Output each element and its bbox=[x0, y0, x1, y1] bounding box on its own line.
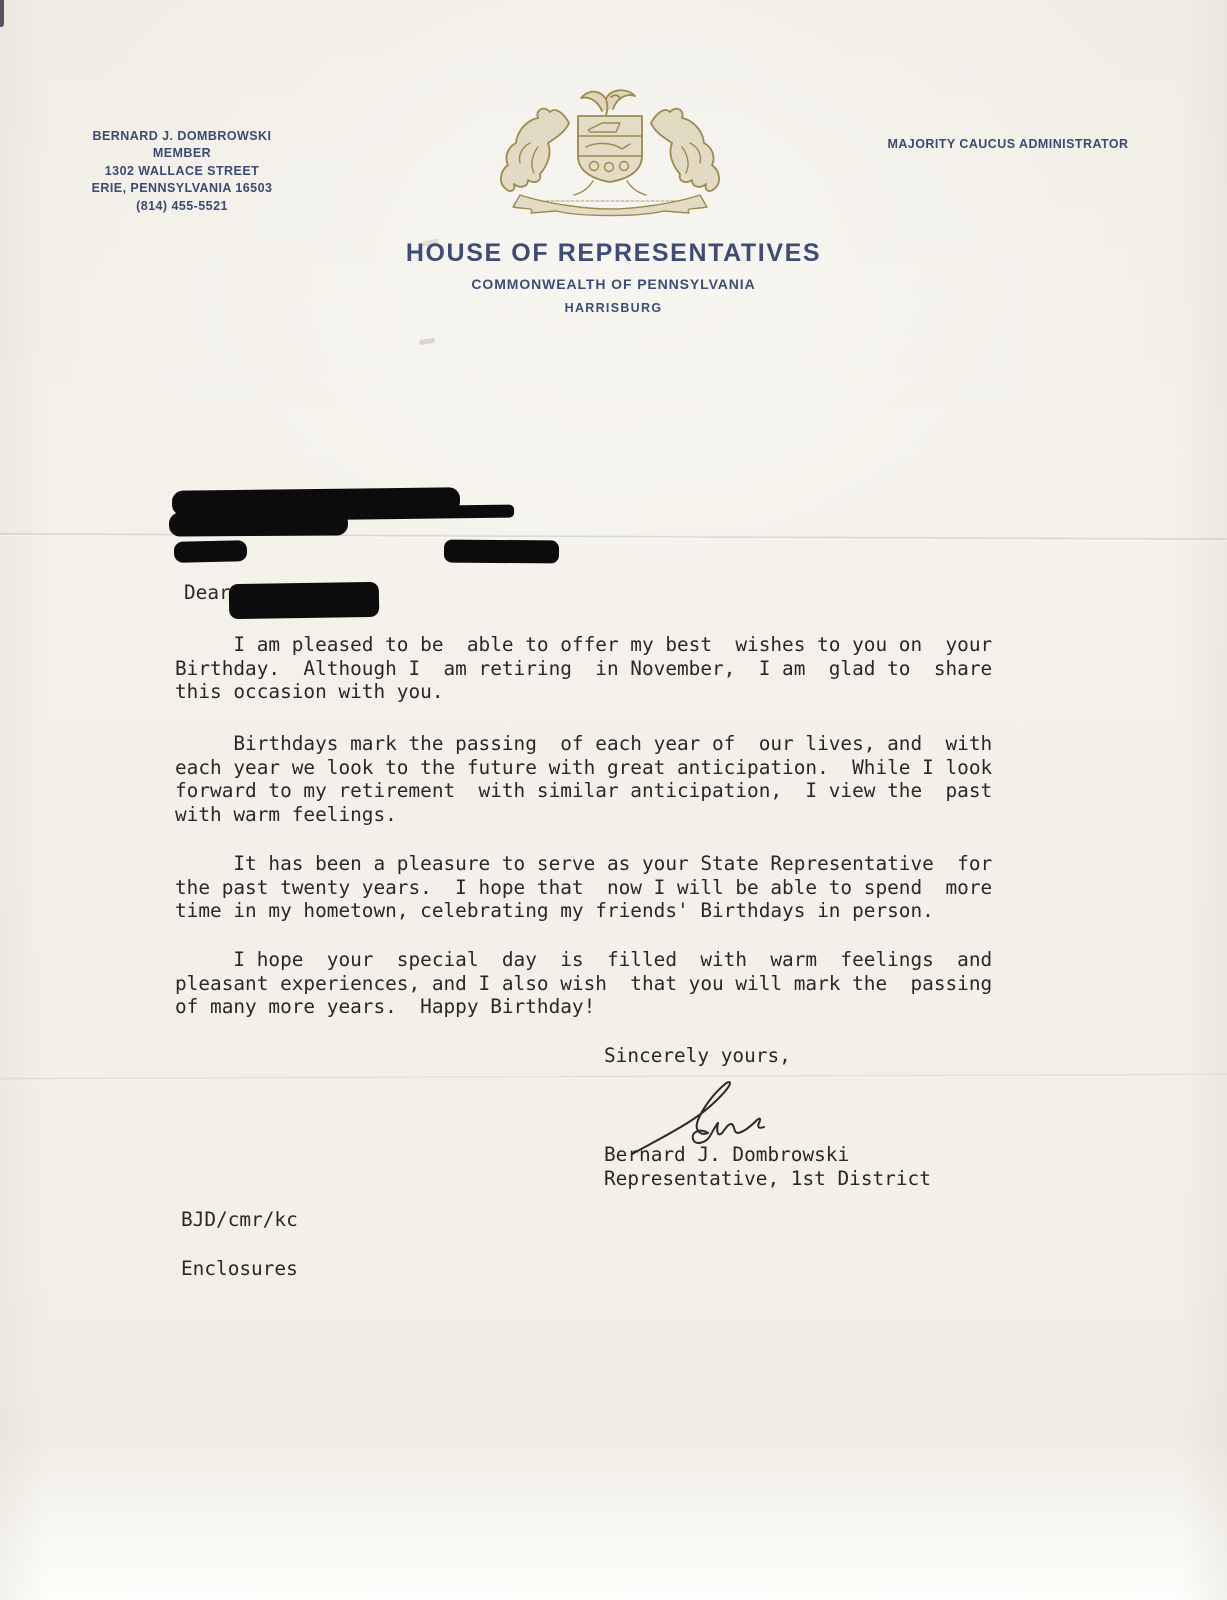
commonwealth-subtitle: COMMONWEALTH OF PENNSYLVANIA bbox=[0, 276, 1227, 292]
signer-name-block: Bernard J. Dombrowski Representative, 1s… bbox=[604, 1143, 931, 1190]
organization-title: HOUSE OF REPRESENTATIVES bbox=[0, 239, 1227, 268]
paper-smudge bbox=[419, 338, 436, 346]
body-paragraph-1: I am pleased to be able to offer my best… bbox=[175, 633, 992, 704]
enclosures-note: Enclosures bbox=[181, 1257, 298, 1281]
caucus-administrator-title: MAJORITY CAUCUS ADMINISTRATOR bbox=[876, 137, 1140, 151]
reference-initials: BJD/cmr/kc bbox=[181, 1208, 298, 1232]
member-phone: (814) 455-5521 bbox=[50, 198, 314, 215]
city-subtitle: HARRISBURG bbox=[0, 301, 1227, 315]
salutation: Dear bbox=[184, 581, 231, 605]
member-city: ERIE, PENNSYLVANIA 16503 bbox=[50, 180, 314, 197]
body-paragraph-4: I hope your special day is filled with w… bbox=[175, 948, 992, 1019]
member-address-block: BERNARD J. DOMBROWSKI MEMBER 1302 WALLAC… bbox=[50, 128, 314, 215]
redaction-bar-address-line-2 bbox=[169, 511, 348, 536]
member-title: MEMBER bbox=[50, 145, 314, 162]
fold-crease-lower bbox=[0, 1073, 1227, 1081]
signer-title: Representative, 1st District bbox=[604, 1167, 931, 1190]
signer-name: Bernard J. Dombrowski bbox=[604, 1143, 849, 1166]
body-paragraph-3: It has been a pleasure to serve as your … bbox=[175, 852, 992, 923]
closing-phrase: Sincerely yours, bbox=[604, 1044, 791, 1068]
pennsylvania-coat-of-arms-icon bbox=[489, 85, 731, 223]
member-name: BERNARD J. DOMBROWSKI bbox=[50, 128, 314, 145]
redaction-bar-address-line-3 bbox=[174, 540, 247, 563]
redaction-bar-address-line-3b bbox=[444, 539, 559, 563]
scan-edge-mark bbox=[0, 0, 4, 27]
redaction-bar-recipient-name bbox=[229, 582, 380, 619]
letter-page: BERNARD J. DOMBROWSKI MEMBER 1302 WALLAC… bbox=[0, 0, 1227, 1600]
body-paragraph-2: Birthdays mark the passing of each year … bbox=[175, 732, 992, 826]
member-street: 1302 WALLACE STREET bbox=[50, 163, 314, 180]
